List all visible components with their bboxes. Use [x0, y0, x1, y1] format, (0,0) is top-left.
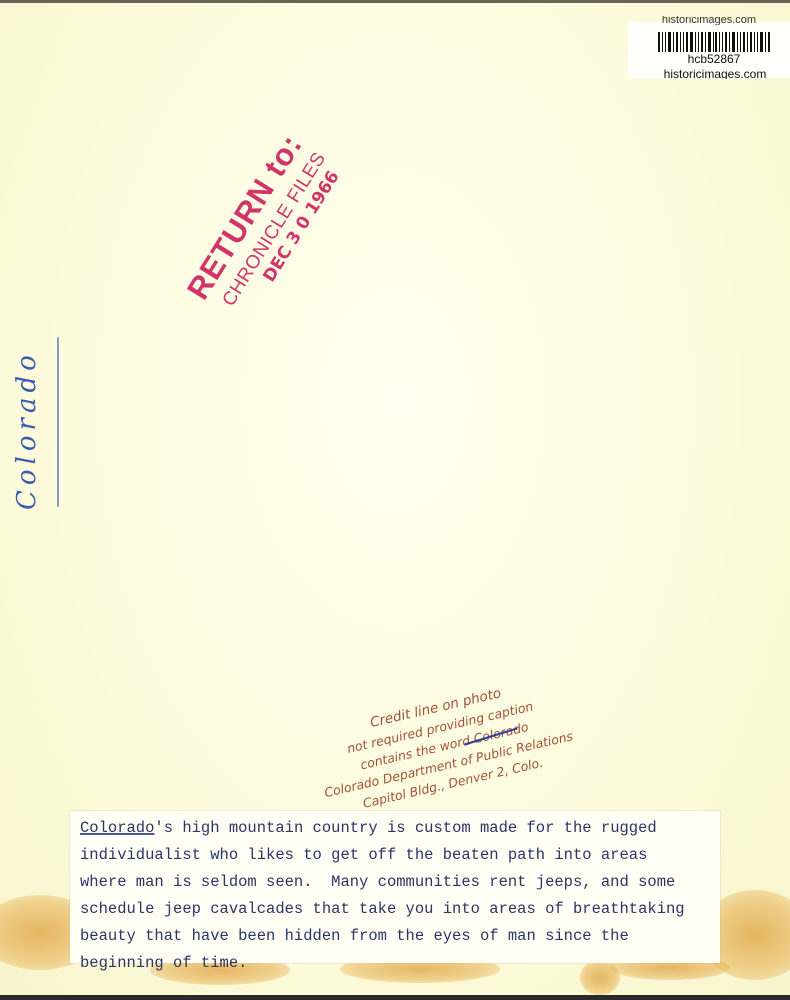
- barcode-label: historicimages.com hcb52867 historicimag…: [628, 22, 790, 78]
- caption-line: Colorado's high mountain country is cust…: [80, 815, 720, 842]
- top-edge: [0, 0, 790, 3]
- caption-line: beauty that have been hidden from the ey…: [80, 923, 720, 950]
- return-stamp: RETURN to: CHRONICLE FILES DEC 3 0 1966: [180, 101, 370, 338]
- caption-line-text: 's high mountain country is custom made …: [154, 819, 656, 837]
- caption-slip: Colorado's high mountain country is cust…: [70, 811, 720, 963]
- caption-line: where man is seldom seen. Many communiti…: [80, 869, 720, 896]
- caption-keyword: Colorado: [80, 819, 154, 837]
- bottom-edge: [0, 995, 790, 1000]
- caption-line: individualist who likes to get off the b…: [80, 842, 720, 869]
- barcode-id: hcb52867: [628, 52, 790, 66]
- barcode-icon: [658, 32, 772, 52]
- caption-line: schedule jeep cavalcades that take you i…: [80, 896, 720, 923]
- barcode-site: historicimages.com: [628, 67, 790, 79]
- caption-text: Colorado's high mountain country is cust…: [80, 815, 720, 977]
- barcode-top-text: historicimages.com: [628, 16, 790, 25]
- photo-reverse-page: historicimages.com hcb52867 historicimag…: [0, 0, 790, 1000]
- handwritten-note: Colorado: [12, 380, 42, 510]
- handwritten-line: [57, 337, 59, 507]
- caption-line: beginning of time.: [80, 950, 720, 977]
